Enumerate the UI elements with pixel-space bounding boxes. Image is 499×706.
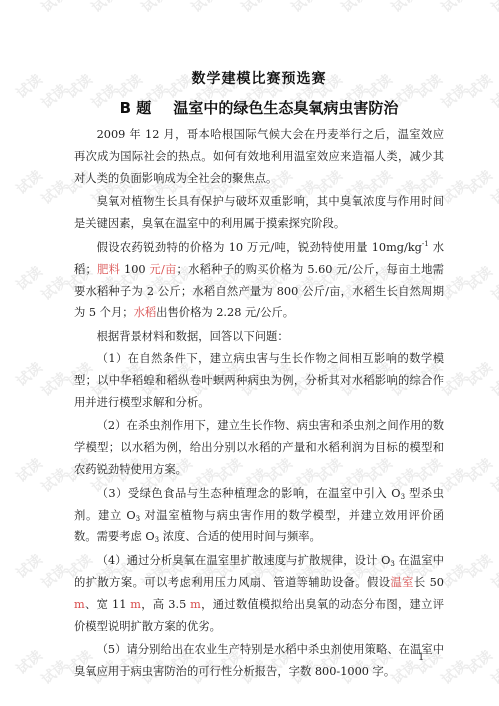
document-title: 数学建模比赛预选赛 [74, 68, 444, 88]
watermark-text: 试读 [387, 0, 421, 17]
watermark-text: 试读 [487, 0, 499, 17]
watermark-text: 试读 [137, 0, 171, 17]
watermark-text: 试读 [37, 655, 71, 688]
watermark-text: 试读 [487, 559, 499, 592]
watermark-text: 试读 [12, 453, 46, 486]
paragraph-background: 2009 年 12 月，哥本哈根国际气候大会在丹麦举行之后，温室效应再次成为国际… [74, 124, 444, 189]
question-2: （2）在杀虫剂作用下，建立生长作物、病虫害和杀虫剂之间作用的数学模型；以水稻为例… [74, 415, 444, 480]
page-number: 1 [418, 652, 424, 663]
document-body: 2009 年 12 月，哥本哈根国际气候大会在丹麦举行之后，温室效应再次成为国际… [74, 124, 444, 683]
watermark-text: 试读 [37, 271, 71, 304]
watermark-text: 试读 [12, 261, 46, 294]
watermark-text: 试读 [37, 463, 71, 496]
watermark-text: 试读 [487, 463, 499, 496]
problem-title: 温室中的绿色生态臭氧病虫害防治 [173, 99, 398, 117]
problem-heading: B 题温室中的绿色生态臭氧病虫害防治 [74, 97, 444, 118]
watermark-text: 试读 [12, 69, 46, 102]
highlight-fertilizer: 肥料 [97, 263, 120, 276]
watermark-text: 试读 [462, 645, 496, 678]
watermark-text: 试读 [462, 261, 496, 294]
question-4: （4）通过分析臭氧在温室里扩散速度与扩散规律，设计 O3 在温室中的扩散方案。可… [74, 550, 444, 637]
watermark-text: 试读 [487, 79, 499, 112]
highlight-rice: 水稻 [134, 306, 157, 319]
watermark-text: 试读 [37, 367, 71, 400]
watermark-text: 试读 [37, 175, 71, 208]
watermark-text: 试读 [37, 559, 71, 592]
watermark-text: 试读 [462, 357, 496, 390]
watermark-text: 试读 [462, 69, 496, 102]
question-5: （5）请分别给出在农业生产特别是水稻中杀虫剂使用策略、在温室中臭氧应用于病虫害防… [74, 639, 444, 683]
paragraph-assumptions: 假设农药锐劲特的价格为 10 万元/吨，锐劲特使用量 10mg/kg-1 水稻；… [74, 237, 444, 324]
watermark-text: 试读 [487, 175, 499, 208]
highlight-unit: 元/亩 [149, 263, 176, 276]
watermark-text: 试读 [287, 0, 321, 17]
watermark-text: 试读 [12, 645, 46, 678]
watermark-text: 试读 [37, 0, 71, 17]
watermark-text: 试读 [12, 549, 46, 582]
question-3: （3）受绿色食品与生态种植理念的影响，在温室中引入 O3 型杀虫剂。建立 O3 … [74, 483, 444, 548]
watermark-text: 试读 [337, 0, 371, 17]
watermark-text: 试读 [462, 549, 496, 582]
problem-label: B 题 [120, 99, 152, 117]
highlight-greenhouse: 温室 [390, 576, 413, 589]
watermark-text: 试读 [487, 367, 499, 400]
watermark-text: 试读 [187, 0, 221, 17]
watermark-text: 试读 [87, 0, 121, 17]
watermark-text: 试读 [437, 0, 471, 17]
watermark-text: 试读 [487, 271, 499, 304]
watermark-text: 试读 [462, 165, 496, 198]
question-1: （1）在自然条件下，建立病虫害与生长作物之间相互影响的数学模型；以中华稻蝗和稻纵… [74, 348, 444, 413]
watermark-text: 试读 [37, 79, 71, 112]
watermark-text: 试读 [237, 0, 271, 17]
watermark-text: 试读 [12, 357, 46, 390]
watermark-text: 试读 [487, 655, 499, 688]
paragraph-intro-questions: 根据背景材料和数据，回答以下问题： [74, 326, 444, 348]
paragraph-ozone: 臭氧对植物生长具有保护与破坏双重影响，其中臭氧浓度与作用时间是关键因素，臭氧在温… [74, 191, 444, 235]
watermark-text: 试读 [12, 165, 46, 198]
watermark-text: 试读 [462, 453, 496, 486]
